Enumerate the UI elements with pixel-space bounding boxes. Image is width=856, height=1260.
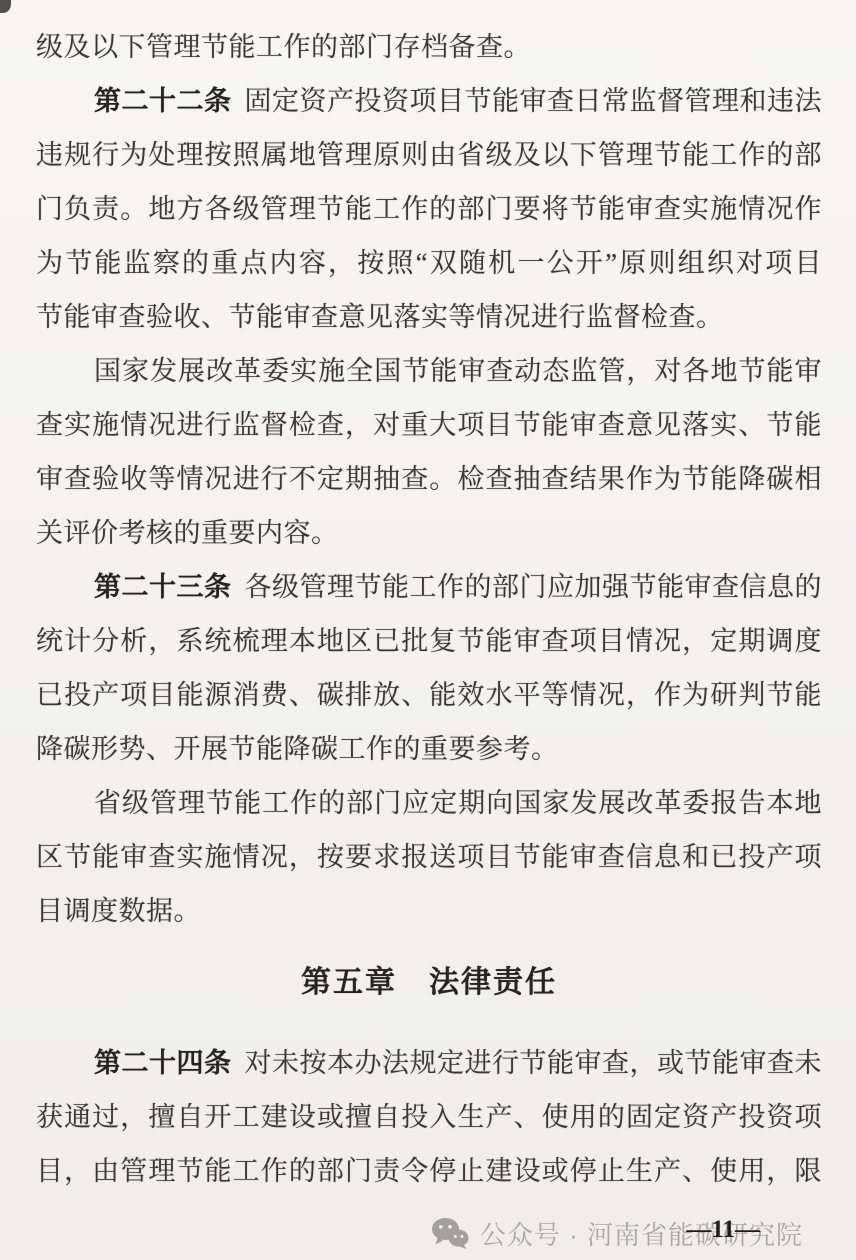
para-provincial-line-2: 区节能审查实施情况，按要求报送项目节能审查信息和已投产项 [36, 830, 822, 884]
article-24-line-3: 目，由管理节能工作的部门责令停止建设或停止生产、使用，限 [36, 1144, 822, 1198]
para-provincial-line-1: 省级管理节能工作的部门应定期向国家发展改革委报告本地 [36, 776, 822, 830]
article-23-line-2: 统计分析，系统梳理本地区已批复节能审查项目情况，定期调度 [36, 614, 822, 668]
article-22-line-5: 节能审查验收、节能审查意见落实等情况进行监督检查。 [36, 290, 822, 344]
page-footer: 公众号 · 河南省能碳研究院 —11— [36, 1212, 822, 1254]
article-23-line-1: 第二十三条各级管理节能工作的部门应加强节能审查信息的 [36, 560, 822, 614]
article-23-line-1-text: 各级管理节能工作的部门应加强节能审查信息的 [245, 572, 823, 602]
article-23-line-4: 降碳形势、开展节能降碳工作的重要参考。 [36, 722, 822, 776]
para-ndrc-line-2: 查实施情况进行监督检查，对重大项目节能审查意见落实、节能 [36, 398, 822, 452]
wechat-icon [431, 1217, 469, 1250]
article-23-number: 第二十三条 [94, 572, 232, 602]
article-22-line-3: 门负责。地方各级管理节能工作的部门要将节能审查实施情况作 [36, 182, 822, 236]
para-ndrc-line-1: 国家发展改革委实施全国节能审查动态监管，对各地节能审 [36, 344, 822, 398]
article-24-line-1: 第二十四条对未按本办法规定进行节能审查，或节能审查未 [36, 1036, 822, 1090]
article-24-number: 第二十四条 [94, 1048, 232, 1078]
para-ndrc-line-3: 审查验收等情况进行不定期抽查。检查抽查结果作为节能降碳相 [36, 452, 822, 506]
article-22-line-2: 违规行为处理按照属地管理原则由省级及以下管理节能工作的部 [36, 128, 822, 182]
article-23-line-3: 已投产项目能源消费、碳排放、能效水平等情况，作为研判节能 [36, 668, 822, 722]
para-ndrc-line-4: 关评价考核的重要内容。 [36, 506, 822, 560]
article-24-line-2: 获通过，擅自开工建设或擅自投入生产、使用的固定资产投资项 [36, 1090, 822, 1144]
para-provincial-line-3: 目调度数据。 [36, 884, 822, 938]
article-22-line-1: 第二十二条固定资产投资项目节能审查日常监督管理和违法 [36, 74, 822, 128]
article-24-line-1-text: 对未按本办法规定进行节能审查，或节能审查未 [245, 1048, 823, 1078]
chapter-heading: 第五章 法律责任 [36, 956, 822, 1010]
article-22-line-4: 为节能监察的重点内容，按照“双随机一公开”原则组织对项目 [36, 236, 822, 290]
document-page: 级及以下管理节能工作的部门存档备查。 第二十二条固定资产投资项目节能审查日常监督… [0, 0, 856, 1254]
article-22-number: 第二十二条 [94, 86, 232, 116]
page-number: —11— [686, 1216, 760, 1244]
article-22-line-1-text: 固定资产投资项目节能审查日常监督管理和违法 [245, 86, 823, 116]
continuation-line: 级及以下管理节能工作的部门存档备查。 [36, 20, 822, 74]
